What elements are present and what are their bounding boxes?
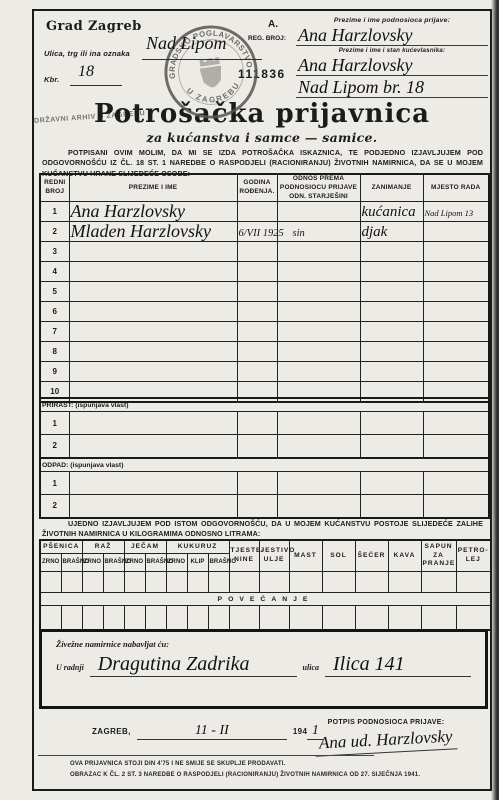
supplies-table: PŠENICA RAŽ JEČAM KUKURUZ TJESTE-NINE JE… [39,539,492,631]
col-zanimanje: ZANIMANJE [360,174,423,202]
form-subtitle: za kućanstva i samce — samice. [34,130,490,145]
owner-name-handwritten: Ana Harzlovsky [296,54,488,76]
otpad-table: ODPAD: (ispunjava vlast) 1 2 [39,457,490,519]
owner-address-handwritten: Nad Lipom br. 18 [296,76,488,98]
povecanje-label: POVEĆANJE [40,593,491,606]
relation-cell: sin [277,222,360,242]
occupation-handwritten: djak [362,224,388,240]
person-row-6: 6 [40,302,489,322]
col-raz: RAŽ [82,540,124,554]
shop-line: U radnji Dragutina Zadrika ulica Ilica 1… [56,653,471,677]
col-redni-broj: REDNI BROJ [40,174,69,202]
col-prezime-ime: PREZIME I IME [69,174,237,202]
shop-street-handwritten: Ilica 141 [325,653,471,677]
person-row-3: 3 [40,242,489,262]
coat-of-arms-icon [198,57,223,89]
col-tjestenine: TJESTE-NINE [229,540,259,572]
radnji-label: U radnji [56,663,84,672]
header-right-column: Prezime i ime podnosioca prijave: Ana Ha… [296,17,488,98]
col-mast: MAST [289,540,322,572]
occupation-cell: kućanica [360,202,423,222]
birth-cell: 6/VII 1925 [237,222,277,242]
name-handwritten: Ana Harzlovsky [71,202,236,220]
birth-handwritten: 6/VII 1925 [239,228,284,239]
signature-block: POTPIS PODNOSIOCA PRIJAVE: Ana ud. Harzl… [296,719,476,753]
declaration-supplies: UJEDNO IZJAVLJUJEM POD ISTOM ODGOVORNOŠĆ… [42,519,483,540]
otpad-label: ODPAD: (ispunjava vlast) [40,458,489,472]
kbr-underline [70,85,122,86]
birth-cell [237,202,277,222]
col-secer: ŠEĆER [355,540,388,572]
col-petrolej: PETRO-LEJ [456,540,491,572]
shop-name-handwritten: Dragutina Zadrika [90,653,297,677]
col-jecam: JEČAM [124,540,166,554]
owner-label: Prezime i ime i stan kućevlasnika: [296,47,488,54]
prirast-label-row: PRIRAST: (ispunjava vlast) [40,398,489,412]
persons-table: REDNI BROJ PREZIME I IME GODINA ROĐENJA.… [39,173,490,403]
person-row-9: 9 [40,362,489,382]
ulica-label: ulica [303,663,319,672]
person-row-4: 4 [40,262,489,282]
col-mjesto-rada: MJESTO RADA [423,174,489,202]
person-row-1: 1 Ana Harzlovsky kućanica Nad Lipom 13 [40,202,489,222]
col-jestivo-ulje: JESTIVO ULJE [259,540,289,572]
name-cell: Ana Harzlovsky [69,202,237,222]
col-kukuruz: KUKURUZ [166,540,229,554]
prirast-label: PRIRAST: (ispunjava vlast) [40,398,489,412]
date-handwritten: 11 - II [137,723,287,740]
otpad-label-row: ODPAD: (ispunjava vlast) [40,458,489,472]
price-note: OVA PRIJAVNICA STOJI DIN 4'75 I NE SMIJE… [70,759,470,770]
scan-edge-shadow [491,0,499,800]
supplies-group-header-row: PŠENICA RAŽ JEČAM KUKURUZ TJESTE-NINE JE… [40,540,491,554]
person-row-8: 8 [40,342,489,362]
col-kava: KAVA [388,540,421,572]
street-label: Ulica, trg ili ina oznaka [44,49,130,58]
city-heading: Grad Zagreb [46,19,142,34]
kbr-value-handwritten: 18 [78,63,94,81]
col-odnos: ODNOS PREMA PODNOSIOCU PRIJAVE ODN. STAR… [277,174,360,202]
prirast-table: PRIRAST: (ispunjava vlast) 1 2 [39,397,490,459]
street-underline [142,59,262,60]
otpad-row-1: 1 [40,472,489,495]
persons-table-header-row: REDNI BROJ PREZIME I IME GODINA ROĐENJA.… [40,174,489,202]
footer-rule [38,755,374,756]
otpad-row-2: 2 [40,495,489,518]
col-sol: SOL [322,540,355,572]
relation-cell [277,202,360,222]
supplies-value-row [40,572,491,593]
shop-box: Živežne namirnice nabavljat ću: U radnji… [39,629,488,709]
col-sapun: SAPUN ZA PRANJE [421,540,456,572]
povecanje-row: POVEĆANJE [40,593,491,606]
person-row-2: 2 Mladen Harzlovsky 6/VII 1925 sin djak [40,222,489,242]
name-cell: Mladen Harzlovsky [69,222,237,242]
signature-label: POTPIS PODNOSIOCA PRIJAVE: [296,719,476,726]
occupation-handwritten: kućanica [362,204,416,220]
prirast-row-1: 1 [40,412,489,435]
signature-handwritten: Ana ud. Harzlovsky [315,726,458,756]
applicant-name-handwritten: Ana Harzlovsky [296,24,488,46]
shop-intro: Živežne namirnice nabavljat ću: [56,639,471,649]
form-page: Grad Zagreb Ulica, trg ili ina oznaka Na… [32,9,492,791]
occupation-cell: djak [360,222,423,242]
footer-notes: OVA PRIJAVNICA STOJI DIN 4'75 I NE SMIJE… [70,759,470,782]
prirast-row-2: 2 [40,435,489,458]
applicant-label: Prezime i ime podnosioca prijave: [296,17,488,24]
kbr-label: Kbr. [44,75,59,84]
street-value-handwritten: Nad Lipom [146,33,227,54]
zagreb-label: ZAGREB, [92,727,131,736]
person-row-5: 5 [40,282,489,302]
col-psenica: PŠENICA [40,540,82,554]
relation-handwritten: sin [279,228,305,239]
name-handwritten: Mladen Harzlovsky [71,222,236,240]
workplace-cell [423,222,489,242]
section-letter: A. [268,19,278,30]
col-godina-rodjenja: GODINA ROĐENJA. [237,174,277,202]
date-line: ZAGREB, 11 - II 194 1 [92,723,323,740]
regulation-note: OBRAZAC K ČL. 2 ST. 3 NAREDBE O RASPODJE… [70,770,470,781]
supplies-increase-value-row [40,606,491,631]
workplace-handwritten: Nad Lipom 13 [425,208,474,218]
person-row-7: 7 [40,322,489,342]
workplace-cell: Nad Lipom 13 [423,202,489,222]
